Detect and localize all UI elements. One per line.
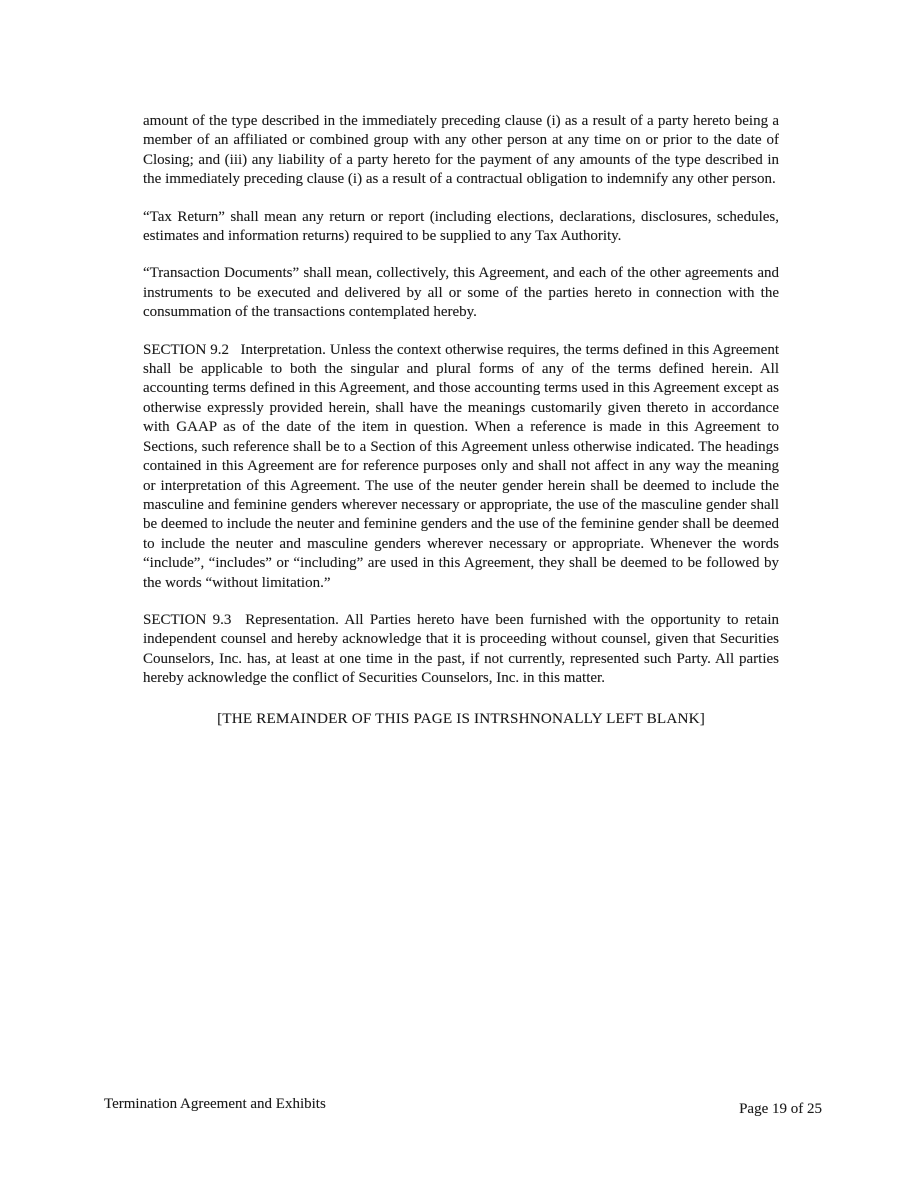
footer-document-title: Termination Agreement and Exhibits [104, 1096, 326, 1113]
paragraph-section-9-2-interpretation: SECTION 9.2 Interpretation. Unless the c… [143, 341, 779, 593]
paragraph-section-9-3-representation: SECTION 9.3 Representation. All Parties … [143, 611, 779, 689]
paragraph-tax-liability-continuation: amount of the type described in the imme… [143, 112, 779, 190]
document-body: amount of the type described in the imme… [143, 112, 779, 728]
paragraph-tax-return-definition: “Tax Return” shall mean any return or re… [143, 208, 779, 247]
paragraph-transaction-documents-definition: “Transaction Documents” shall mean, coll… [143, 264, 779, 322]
remainder-of-page-notice: [THE REMAINDER OF THIS PAGE IS INTRSHNON… [143, 709, 779, 728]
footer-page-number: Page 19 of 25 [739, 1101, 822, 1118]
page-footer: Termination Agreement and Exhibits Page … [104, 1094, 822, 1111]
document-page: amount of the type described in the imme… [0, 0, 918, 1188]
